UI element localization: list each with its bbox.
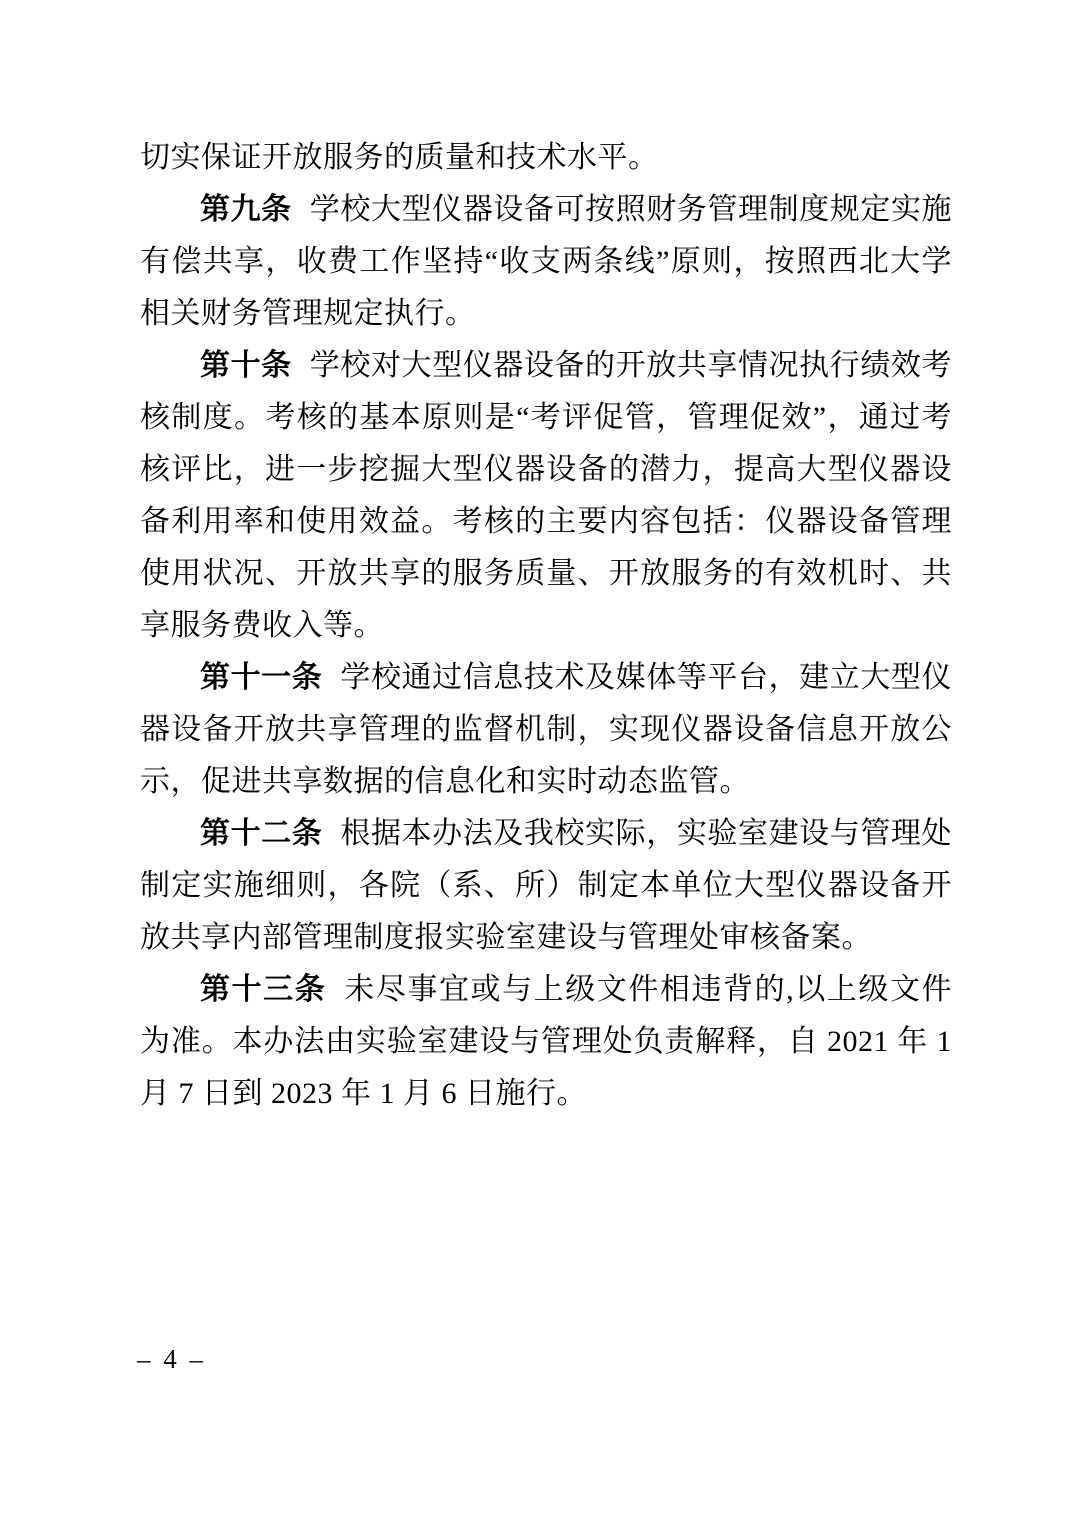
- paragraph-text: 切实保证开放服务的质量和技术水平。: [140, 141, 659, 174]
- paragraph: 第九条学校大型仪器设备可按照财务管理制度规定实施有偿共享，收费工作坚持“收支两条…: [140, 184, 952, 340]
- article-heading: 第九条: [200, 193, 292, 226]
- article-heading: 第十一条: [200, 661, 322, 694]
- article-heading: 第十条: [200, 349, 292, 382]
- document-page: 切实保证开放服务的质量和技术水平。 第九条学校大型仪器设备可按照财务管理制度规定…: [0, 0, 1080, 1528]
- paragraph: 第十二条根据本办法及我校实际，实验室建设与管理处制定实施细则，各院（系、所）制定…: [140, 808, 952, 964]
- article-heading: 第十三条: [200, 973, 326, 1006]
- page-number: – 4 –: [137, 1342, 206, 1376]
- paragraph: 第十一条学校通过信息技术及媒体等平台，建立大型仪器设备开放共享管理的监督机制，实…: [140, 652, 952, 808]
- paragraph: 第十条学校对大型仪器设备的开放共享情况执行绩效考核制度。考核的基本原则是“考评促…: [140, 340, 952, 652]
- article-heading: 第十二条: [200, 817, 322, 850]
- paragraph: 第十三条未尽事宜或与上级文件相违背的,以上级文件为准。本办法由实验室建设与管理处…: [140, 964, 952, 1120]
- paragraph: 切实保证开放服务的质量和技术水平。: [140, 132, 952, 184]
- paragraph-text: 学校对大型仪器设备的开放共享情况执行绩效考核制度。考核的基本原则是“考评促管，管…: [140, 349, 952, 642]
- document-body: 切实保证开放服务的质量和技术水平。 第九条学校大型仪器设备可按照财务管理制度规定…: [140, 132, 952, 1120]
